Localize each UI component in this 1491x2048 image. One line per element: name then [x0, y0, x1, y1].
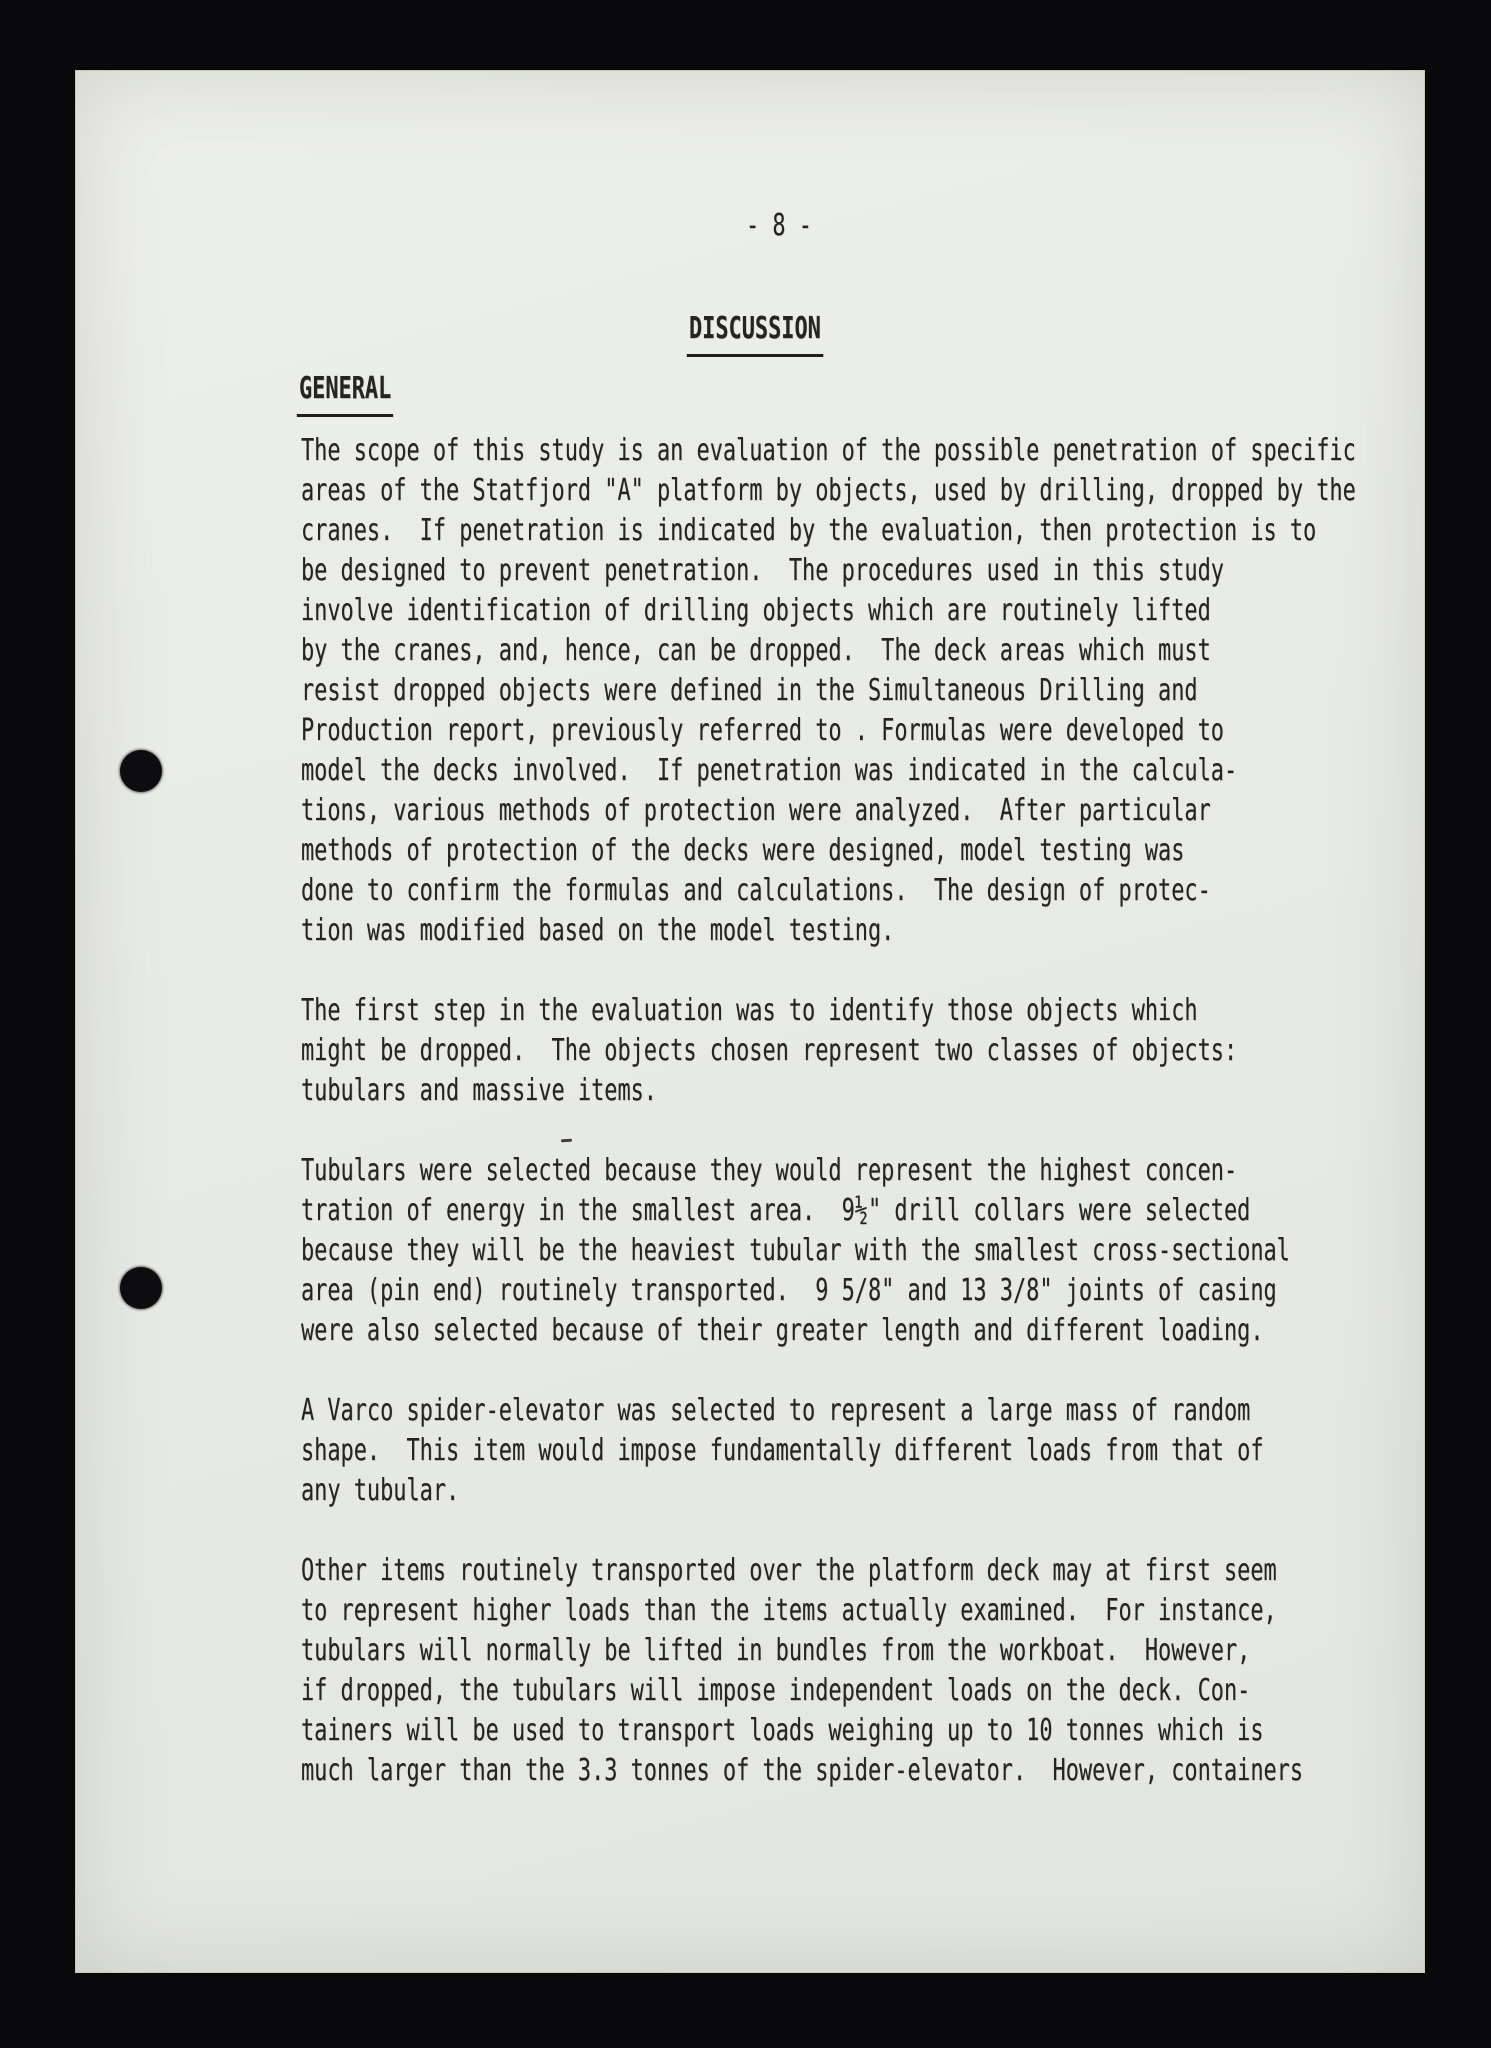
document-page: - 8 - DISCUSSION GENERAL The scope of th… [75, 70, 1425, 1973]
stray-ink-mark [561, 1139, 572, 1143]
scan-background: - 8 - DISCUSSION GENERAL The scope of th… [0, 0, 1491, 2048]
page-title: DISCUSSION [689, 309, 821, 357]
page-number: - 8 - [746, 206, 812, 246]
hole-punch-top [120, 750, 162, 792]
paragraph-other-items: Other items routinely transported over t… [301, 1551, 1303, 1791]
paragraph-scope: The scope of this study is an evaluation… [301, 431, 1356, 951]
section-heading: GENERAL [299, 369, 391, 417]
paragraph-tubulars: Tubulars were selected because they woul… [301, 1151, 1290, 1351]
paragraph-first-step: The first step in the evaluation was to … [301, 991, 1237, 1111]
hole-punch-bottom [120, 1267, 162, 1309]
paragraph-spider-elevator: A Varco spider-elevator was selected to … [301, 1391, 1264, 1511]
